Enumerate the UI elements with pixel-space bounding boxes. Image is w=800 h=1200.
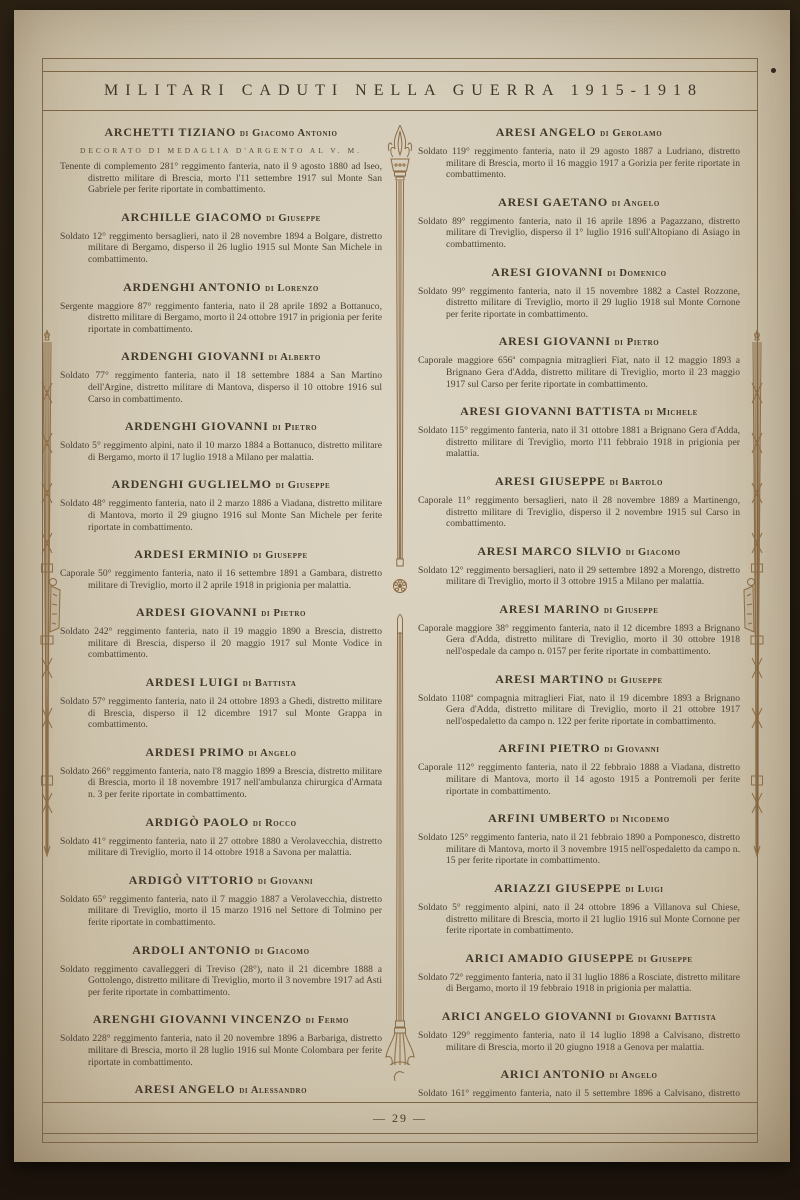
entry-body: Soldato 77° reggimento fanteria, nato il… (60, 370, 382, 405)
soldier-entry: ARCHILLE GIACOMO di Giuseppe Soldato 12°… (60, 210, 382, 266)
soldier-entry: ARICI ANGELO GIOVANNI di Giovanni Battis… (418, 1009, 740, 1053)
entry-body: Soldato reggimento cavalleggeri di Trevi… (60, 964, 382, 999)
entry-body: Caporale 11° reggimento bersaglieri, nat… (418, 495, 740, 530)
soldier-entry: ARCHETTI TIZIANO di Giacomo Antonio DECO… (60, 125, 382, 196)
entry-body: Caporale maggiore 38° reggimento fanteri… (418, 623, 740, 658)
entry-body: Soldato 12° reggimento bersaglieri, nato… (418, 565, 740, 588)
book-page: MILITARI CADUTI NELLA GUERRA 1915-1918 A… (14, 10, 790, 1162)
entry-name: ARICI AMADIO GIUSEPPE (465, 951, 634, 965)
entry-patronymic: di Pietro (272, 422, 317, 433)
entry-heading: ARDOLI ANTONIO di Giacomo (60, 943, 382, 959)
entry-heading: ARDESI ERMINIO di Giuseppe (60, 547, 382, 563)
entry-heading: ARCHETTI TIZIANO di Giacomo Antonio (60, 125, 382, 141)
entry-body: Soldato 115° reggimento fanteria, nato i… (418, 425, 740, 460)
soldier-entry: ARDESI ERMINIO di Giuseppe Caporale 50° … (60, 547, 382, 591)
column-divider (382, 121, 418, 1100)
entries-area: ARCHETTI TIZIANO di Giacomo Antonio DECO… (60, 121, 740, 1100)
entry-body: Caporale 112° reggimento fanteria, nato … (418, 762, 740, 797)
entry-heading: ARESI MARCO SILVIO di Giacomo (418, 544, 740, 560)
entry-patronymic: di Angelo (249, 748, 297, 759)
entry-name: ARESI MARCO SILVIO (477, 544, 622, 558)
entry-heading: ARICI ANGELO GIOVANNI di Giovanni Battis… (418, 1009, 740, 1025)
entry-heading: ARESI GAETANO di Angelo (418, 195, 740, 211)
entry-name: ARFINI UMBERTO (488, 811, 606, 825)
entry-patronymic: di Gerolamo (600, 128, 662, 139)
entry-heading: ARDIGÒ VITTORIO di Giovanni (60, 873, 382, 889)
entry-patronymic: di Pietro (261, 608, 306, 619)
soldier-entry: ARIAZZI GIUSEPPE di Luigi Soldato 5° reg… (418, 881, 740, 937)
soldier-entry: ARESI GAETANO di Angelo Soldato 89° regg… (418, 195, 740, 251)
soldier-entry: ARDESI LUIGI di Battista Soldato 57° reg… (60, 675, 382, 731)
entry-body: Soldato 242° reggimento fanteria, nato i… (60, 626, 382, 661)
entry-patronymic: di Giuseppe (608, 675, 663, 686)
soldier-entry: ARDENGHI GUGLIELMO di Giuseppe Soldato 4… (60, 477, 382, 533)
entry-name: ARDIGÒ VITTORIO (129, 873, 254, 887)
entry-heading: ARICI AMADIO GIUSEPPE di Giuseppe (418, 951, 740, 967)
entry-body: Soldato 89° reggimento fanteria, nato il… (418, 216, 740, 251)
entry-patronymic: di Lorenzo (265, 283, 319, 294)
right-column: ARESI ANGELO di Gerolamo Soldato 119° re… (418, 121, 740, 1100)
soldier-entry: ARICI ANTONIO di Angelo Soldato 161° reg… (418, 1067, 740, 1100)
entry-patronymic: di Bartolo (610, 477, 663, 488)
entry-name: ARDENGHI GIOVANNI (125, 419, 269, 433)
entry-patronymic: di Rocco (253, 818, 297, 829)
entry-decoration: DECORATO DI MEDAGLIA D'ARGENTO AL V. M. (60, 146, 382, 155)
soldier-entry: ARDESI GIOVANNI di Pietro Soldato 242° r… (60, 605, 382, 661)
left-column: ARCHETTI TIZIANO di Giacomo Antonio DECO… (60, 121, 382, 1100)
entry-patronymic: di Giuseppe (276, 480, 331, 491)
entry-body: Soldato 228° reggimento fanteria, nato i… (60, 1033, 382, 1068)
entry-name: ARIAZZI GIUSEPPE (494, 881, 621, 895)
soldier-entry: ARDENGHI GIOVANNI di Alberto Soldato 77°… (60, 349, 382, 405)
entry-name: ARDESI LUIGI (146, 675, 239, 689)
entry-heading: ARDIGÒ PAOLO di Rocco (60, 815, 382, 831)
entry-heading: ARESI MARTINO di Giuseppe (418, 672, 740, 688)
entry-patronymic: di Giuseppe (253, 550, 308, 561)
entry-name: ARESI ANGELO (496, 125, 597, 139)
entry-body: Soldato 48° reggimento fanteria, nato il… (60, 498, 382, 533)
entry-heading: ARESI GIOVANNI di Pietro (418, 334, 740, 350)
entry-heading: ARDESI GIOVANNI di Pietro (60, 605, 382, 621)
entry-body: Soldato 65° reggimento fanteria, nato il… (60, 894, 382, 929)
entry-patronymic: di Pietro (615, 337, 660, 348)
entry-name: ARESI ANGELO (135, 1082, 236, 1096)
entry-name: ARESI GIUSEPPE (495, 474, 606, 488)
entry-patronymic: di Giacomo (255, 946, 310, 957)
entry-heading: ARFINI UMBERTO di Nicodemo (418, 811, 740, 827)
entry-patronymic: di Giovanni (258, 876, 313, 887)
entry-body: Soldato 99° reggimento fanteria, nato il… (418, 286, 740, 321)
entry-name: ARESI GIOVANNI (499, 334, 611, 348)
entry-name: ARICI ANTONIO (500, 1067, 605, 1081)
entry-name: ARCHETTI TIZIANO (104, 125, 236, 139)
entry-patronymic: di Giuseppe (604, 605, 659, 616)
soldier-entry: ARFINI PIETRO di Giovanni Caporale 112° … (418, 741, 740, 797)
entry-patronymic: di Angelo (609, 1070, 657, 1081)
entry-heading: ARDENGHI GIOVANNI di Pietro (60, 419, 382, 435)
entry-body: Soldato 41° reggimento fanteria, nato il… (60, 836, 382, 859)
page-number: — 29 — (373, 1111, 427, 1126)
entry-body: Tenente di complemento 281° reggimento f… (60, 161, 382, 196)
entry-patronymic: di Luigi (625, 884, 663, 895)
soldier-entry: ARESI GIUSEPPE di Bartolo Caporale 11° r… (418, 474, 740, 530)
entry-name: ARDIGÒ PAOLO (145, 815, 249, 829)
soldier-entry: ARESI ANGELO di Alessandro Soldato 111° … (60, 1082, 382, 1100)
soldier-entry: ARESI GIOVANNI BATTISTA di Michele Solda… (418, 404, 740, 460)
entry-name: ARDESI ERMINIO (134, 547, 249, 561)
entry-name: ARDENGHI GIOVANNI (121, 349, 265, 363)
page-footer: — 29 — (42, 1102, 758, 1134)
entry-patronymic: di Alessandro (239, 1085, 307, 1096)
page-header: MILITARI CADUTI NELLA GUERRA 1915-1918 (42, 71, 758, 111)
page-frame: MILITARI CADUTI NELLA GUERRA 1915-1918 A… (42, 58, 758, 1143)
photo-speck (771, 68, 776, 73)
entry-patronymic: di Alberto (269, 352, 321, 363)
soldier-entry: ARENGHI GIOVANNI VINCENZO di Fermo Solda… (60, 1012, 382, 1068)
entry-patronymic: di Giuseppe (266, 213, 321, 224)
entry-patronymic: di Giuseppe (638, 954, 693, 965)
entry-heading: ARDESI PRIMO di Angelo (60, 745, 382, 761)
entry-body: Soldato 57° reggimento fanteria, nato il… (60, 696, 382, 731)
entry-heading: ARFINI PIETRO di Giovanni (418, 741, 740, 757)
soldier-entry: ARESI GIOVANNI di Pietro Caporale maggio… (418, 334, 740, 390)
entry-name: ARENGHI GIOVANNI VINCENZO (93, 1012, 302, 1026)
soldier-entry: ARESI MARCO SILVIO di Giacomo Soldato 12… (418, 544, 740, 588)
entry-heading: ARDESI LUIGI di Battista (60, 675, 382, 691)
entry-heading: ARESI GIOVANNI di Domenico (418, 265, 740, 281)
soldier-entry: ARDENGHI GIOVANNI di Pietro Soldato 5° r… (60, 419, 382, 463)
entry-heading: ARENGHI GIOVANNI VINCENZO di Fermo (60, 1012, 382, 1028)
entry-name: ARDESI GIOVANNI (136, 605, 257, 619)
entry-heading: ARICI ANTONIO di Angelo (418, 1067, 740, 1083)
soldier-entry: ARDENGHI ANTONIO di Lorenzo Sergente mag… (60, 280, 382, 336)
entry-heading: ARDENGHI ANTONIO di Lorenzo (60, 280, 382, 296)
entry-heading: ARDENGHI GUGLIELMO di Giuseppe (60, 477, 382, 493)
entry-heading: ARESI GIUSEPPE di Bartolo (418, 474, 740, 490)
soldier-entry: ARESI GIOVANNI di Domenico Soldato 99° r… (418, 265, 740, 321)
entry-body: Soldato 1108ª compagnia mitraglieri Fiat… (418, 693, 740, 728)
entry-patronymic: di Fermo (306, 1015, 349, 1026)
soldier-entry: ARFINI UMBERTO di Nicodemo Soldato 125° … (418, 811, 740, 867)
soldier-entry: ARESI MARTINO di Giuseppe Soldato 1108ª … (418, 672, 740, 728)
entry-body: Soldato 129° reggimento fanteria, nato i… (418, 1030, 740, 1053)
entry-patronymic: di Michele (644, 407, 698, 418)
entry-name: ARDOLI ANTONIO (132, 943, 251, 957)
torch-column-icon (385, 121, 415, 1100)
entry-name: ARDENGHI GUGLIELMO (112, 477, 272, 491)
entry-name: ARDESI PRIMO (145, 745, 244, 759)
entry-body: Soldato 5° reggimento alpini, nato il 24… (418, 902, 740, 937)
memorial-book-photo: { "page": { "header_title": "MILITARI CA… (0, 0, 800, 1200)
entry-body: Soldato 5° reggimento alpini, nato il 10… (60, 440, 382, 463)
entry-body: Soldato 72° reggimento fanteria, nato il… (418, 972, 740, 995)
entry-name: ARESI GAETANO (498, 195, 608, 209)
entry-body: Soldato 266° reggimento fanteria, nato l… (60, 766, 382, 801)
page-title: MILITARI CADUTI NELLA GUERRA 1915-1918 (97, 82, 703, 100)
entry-name: ARESI GIOVANNI BATTISTA (460, 404, 640, 418)
entry-body: Soldato 119° reggimento fanteria, nato i… (418, 146, 740, 181)
entry-name: ARFINI PIETRO (498, 741, 600, 755)
entry-patronymic: di Giacomo (626, 547, 681, 558)
entry-body: Caporale maggiore 656ª compagnia mitragl… (418, 355, 740, 390)
entry-name: ARESI GIOVANNI (491, 265, 603, 279)
entry-heading: ARIAZZI GIUSEPPE di Luigi (418, 881, 740, 897)
soldier-entry: ARDIGÒ PAOLO di Rocco Soldato 41° reggim… (60, 815, 382, 859)
entry-name: ARDENGHI ANTONIO (123, 280, 261, 294)
entry-heading: ARESI ANGELO di Gerolamo (418, 125, 740, 141)
entry-body: Soldato 161° reggimento fanteria, nato i… (418, 1088, 740, 1100)
entry-patronymic: di Angelo (612, 198, 660, 209)
entry-patronymic: di Domenico (607, 268, 667, 279)
entry-heading: ARDENGHI GIOVANNI di Alberto (60, 349, 382, 365)
entry-patronymic: di Battista (243, 678, 297, 689)
entry-heading: ARCHILLE GIACOMO di Giuseppe (60, 210, 382, 226)
entry-name: ARESI MARTINO (495, 672, 604, 686)
soldier-entry: ARDIGÒ VITTORIO di Giovanni Soldato 65° … (60, 873, 382, 929)
entry-name: ARESI MARINO (499, 602, 600, 616)
entry-body: Sergente maggiore 87° reggimento fanteri… (60, 301, 382, 336)
soldier-entry: ARDOLI ANTONIO di Giacomo Soldato reggim… (60, 943, 382, 999)
soldier-entry: ARESI MARINO di Giuseppe Caporale maggio… (418, 602, 740, 658)
entry-patronymic: di Giovanni Battista (616, 1012, 716, 1023)
entry-heading: ARESI ANGELO di Alessandro (60, 1082, 382, 1098)
entry-body: Caporale 50° reggimento fanteria, nato i… (60, 568, 382, 591)
entry-patronymic: di Giacomo Antonio (240, 128, 338, 139)
entry-patronymic: di Giovanni (604, 744, 659, 755)
entry-name: ARICI ANGELO GIOVANNI (442, 1009, 613, 1023)
entry-heading: ARESI GIOVANNI BATTISTA di Michele (418, 404, 740, 420)
entry-heading: ARESI MARINO di Giuseppe (418, 602, 740, 618)
soldier-entry: ARDESI PRIMO di Angelo Soldato 266° regg… (60, 745, 382, 801)
soldier-entry: ARICI AMADIO GIUSEPPE di Giuseppe Soldat… (418, 951, 740, 995)
entry-body: Soldato 125° reggimento fanteria, nato i… (418, 832, 740, 867)
entry-body: Soldato 12° reggimento bersaglieri, nato… (60, 231, 382, 266)
entry-name: ARCHILLE GIACOMO (121, 210, 262, 224)
entry-patronymic: di Nicodemo (610, 814, 670, 825)
soldier-entry: ARESI ANGELO di Gerolamo Soldato 119° re… (418, 125, 740, 181)
